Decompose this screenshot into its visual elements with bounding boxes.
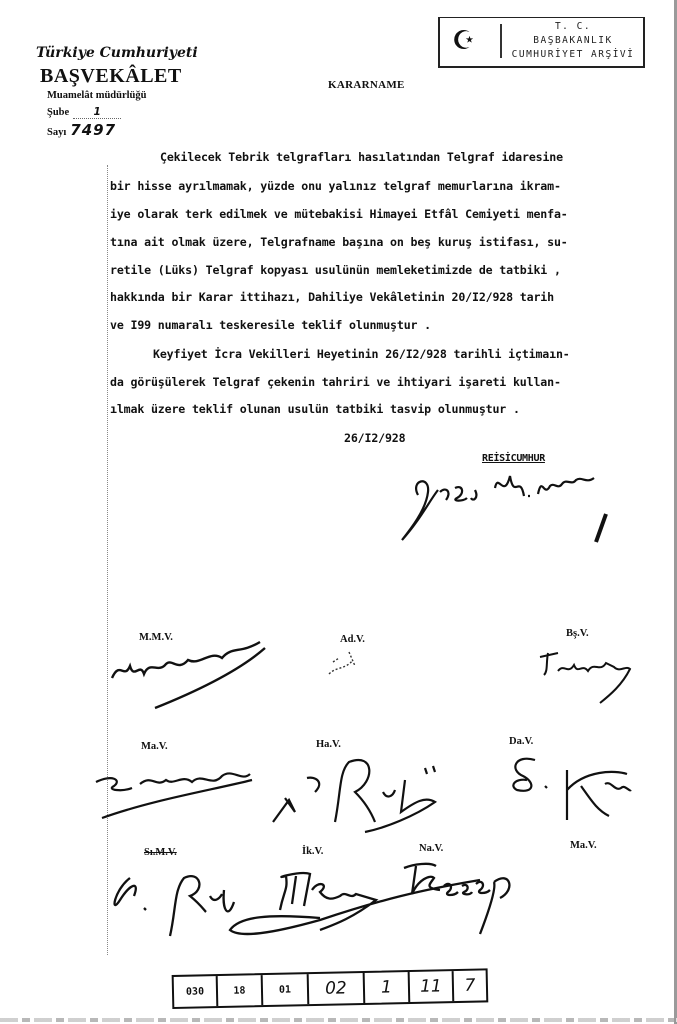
archive-code-cell: 01 [263,974,310,1005]
body-line: Çekilecek Tebrik telgrafları hasılatında… [160,150,563,164]
minister-role: Ha.V. [316,739,341,750]
minister-role: Ma.V. [141,741,168,752]
minister-role: İk.V. [302,846,323,857]
archive-code-cell: 1 [365,972,411,1003]
stamp-line-3: CUMHURİYET ARŞİVİ [506,48,640,62]
minister-signature-nav [400,860,530,940]
minister-signature-bsv [530,645,640,705]
minister-signature-dav [505,750,645,830]
stamp-text: T. C. BAŞBAKANLIK CUMHURİYET ARŞİVİ [506,20,640,62]
archive-code-box: 030 18 01 02 1 11 7 [172,968,489,1009]
body-line: da görüşülerek Telgraf çekenin tahriri v… [110,375,561,389]
letterhead-office: BAŞVEKÂLET [40,65,182,88]
stamp-line-1: T. C. [506,20,640,34]
archive-code-cell: 7 [454,970,487,1001]
decree-date: 26/I2/928 [344,431,405,445]
archive-code-cell: 030 [174,976,219,1007]
minister-role: Da.V. [509,736,533,747]
body-line: iye olarak terk edilmek ve mütebakisi Hi… [110,207,568,221]
body-line: Keyfiyet İcra Vekilleri Heyetinin 26/I2/… [153,347,570,361]
minister-role: Na.V. [419,843,443,854]
letterhead-sayi: Sayı7497 [47,121,116,139]
sube-label: Şube [47,107,69,118]
sayi-value: 7497 [70,121,116,139]
sube-value: 1 [73,106,121,119]
binding-margin-line [107,165,108,955]
president-signature-stroke [400,470,660,550]
letterhead-country: Türkiye Cumhuriyeti [36,45,198,61]
president-role: REİSİCUMHUR [482,453,545,464]
sayi-label: Sayı [47,127,66,138]
letterhead-sube: Şube1 [47,106,121,119]
body-line: bir hisse ayrılmamak, yüzde onu yalınız … [110,179,561,193]
body-line: hakkında bir Karar ittihazı, Dahiliye Ve… [110,290,554,304]
body-line: tına ait olmak üzere, Telgrafname başına… [110,235,568,249]
minister-signature-mmv [110,640,280,710]
archive-code-cell: 18 [218,975,264,1006]
letterhead-department: Muamelât müdürlüğü [47,90,146,101]
minister-signature-mav [92,760,272,820]
minister-role: Ma.V. [570,840,597,851]
stamp-divider [500,24,502,58]
archive-stamp: ☪ T. C. BAŞBAKANLIK CUMHURİYET ARŞİVİ [438,17,645,68]
body-line: ve I99 numaralı teskeresile teklif olunm… [110,318,431,332]
minister-role: Ad.V. [340,634,365,645]
stamp-line-2: BAŞBAKANLIK [506,34,640,48]
minister-role: Bş.V. [566,628,589,639]
scan-border-noise [0,1018,677,1022]
president-signature [400,470,660,550]
crescent-star-icon: ☪ [452,26,475,56]
minister-signature-adv [325,648,365,678]
minister-signature-hav [265,752,465,832]
body-line: retile (Lüks) Telgraf kopyası usulünün m… [110,263,561,277]
archive-code-cell: 02 [309,973,366,1004]
body-line: ılmak üzere teklif olunan usulün tatbiki… [110,402,520,416]
document-title: KARARNAME [328,79,405,91]
archive-code-cell: 11 [410,971,455,1002]
minister-role: Sı.M.V. [144,847,177,858]
